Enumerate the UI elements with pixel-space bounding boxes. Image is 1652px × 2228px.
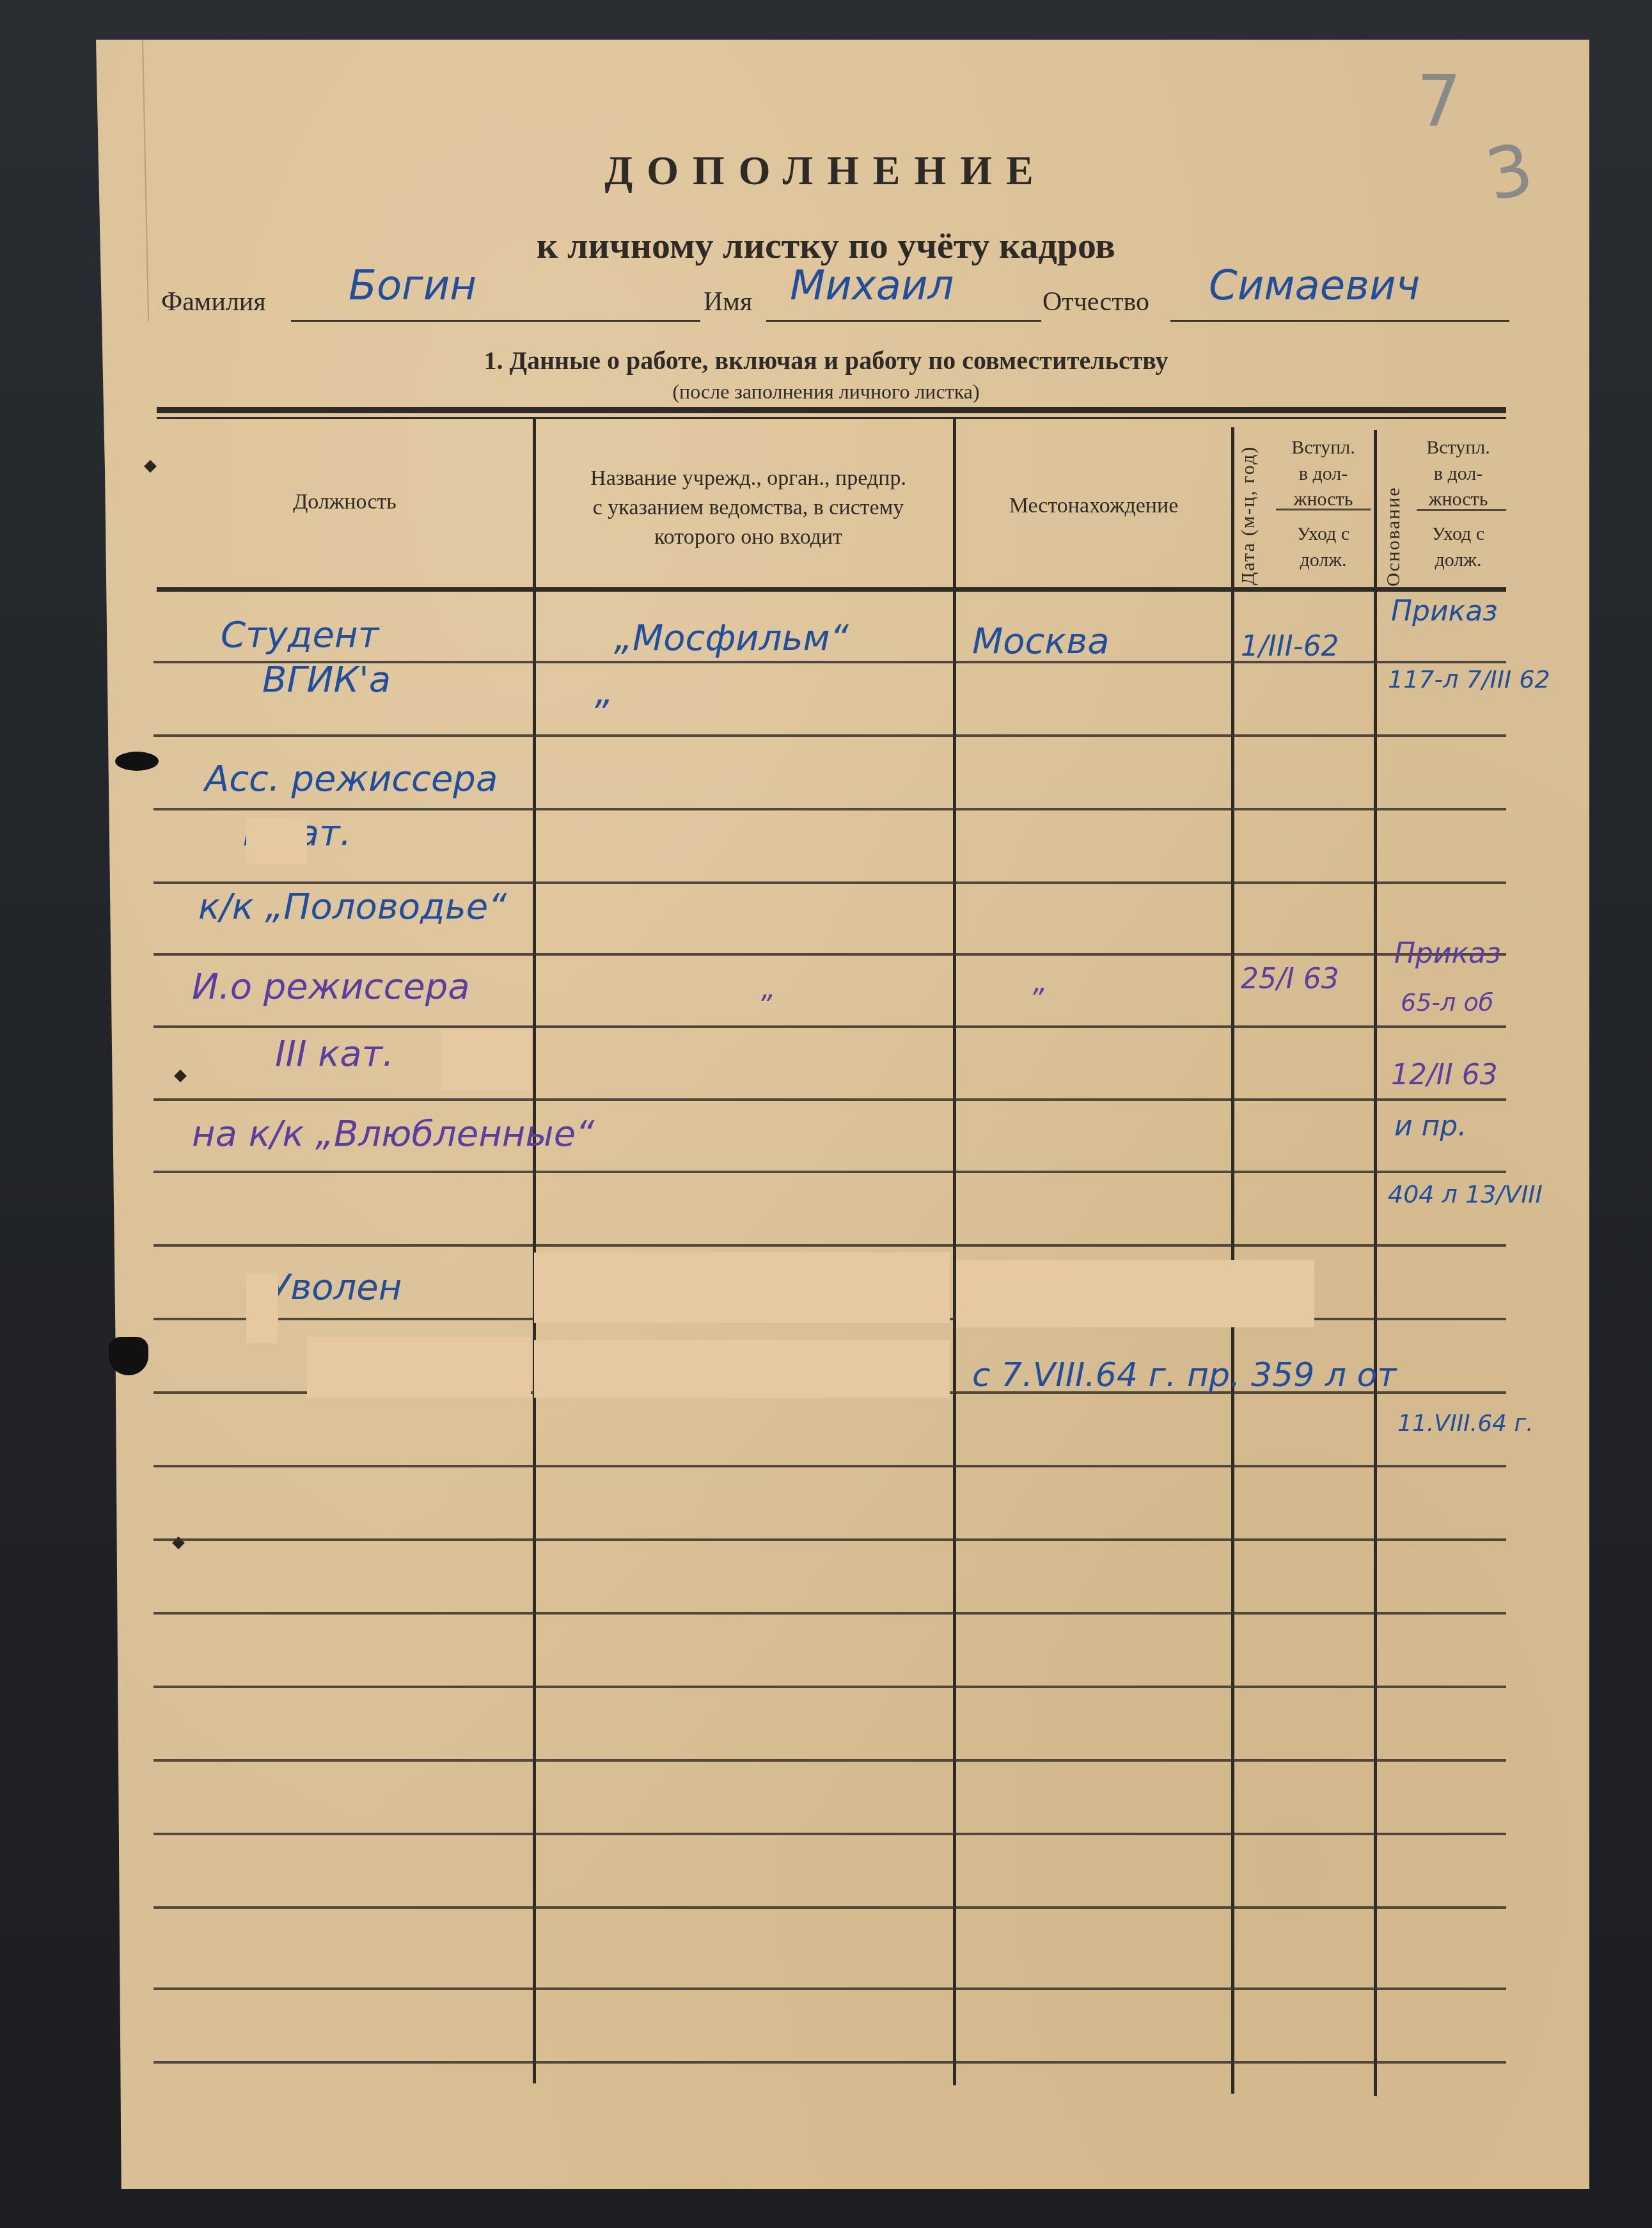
entry-1-location: Москва	[972, 620, 1110, 662]
row-rule	[153, 1686, 1506, 1688]
entry-1-position-line-2: ВГИК'а	[262, 659, 391, 700]
header-organization-line: Название учрежд., орган., предпр.	[544, 464, 953, 493]
row-rule	[153, 808, 1506, 810]
row-rule	[153, 1833, 1506, 1835]
header-date-group: Дата (м-ц, год)	[1238, 432, 1259, 585]
entry-1-basis-line-1: Приказ	[1391, 595, 1498, 628]
entry-3-position-line-2: III кат.	[275, 1033, 394, 1075]
header-basis-end: Уход с долж.	[1410, 521, 1506, 573]
row-rule	[153, 1538, 1506, 1541]
entry-1-organization: „Мосфильм“	[614, 617, 849, 659]
row-rule	[153, 881, 1506, 884]
entry-5-order-note: с 7.VIII.64 г. пр. 359 л от	[972, 1356, 1397, 1394]
header-date-end: Уход с долж.	[1273, 521, 1374, 573]
redaction	[307, 1337, 531, 1398]
header-organization-line: которого оно входит	[544, 523, 953, 552]
header-date-end-line: Уход с	[1273, 521, 1374, 548]
header-basis-end-line: долж.	[1410, 548, 1506, 574]
entry-3-location-ditto: „	[1033, 966, 1048, 999]
entry-3-position-line-1: И.о режиссера	[192, 966, 470, 1007]
header-basis-start-line: Вступл.	[1410, 435, 1506, 461]
row-rule	[153, 953, 1506, 956]
name-value: Михаил	[790, 262, 954, 310]
redaction	[246, 1273, 278, 1343]
table-top-rule-thin	[157, 417, 1506, 419]
row-rule	[153, 1171, 1506, 1173]
table-top-rule	[157, 407, 1506, 413]
row-rule	[153, 1612, 1506, 1615]
entry-1-organization-ditto: „	[595, 672, 613, 713]
row-rule	[153, 1098, 1506, 1101]
section-subtitle: (после заполнения личного листка)	[0, 380, 1652, 404]
column-divider	[953, 419, 956, 2085]
row-rule	[153, 1465, 1506, 1467]
row-rule	[153, 1244, 1506, 1247]
header-date-start: Вступл. в дол- жность	[1273, 435, 1374, 513]
header-basis-start-line: в дол-	[1410, 461, 1506, 487]
entry-2-position-line-1: Асс. режиссера	[205, 758, 498, 800]
entry-3-basis-line-1: Приказ	[1394, 937, 1501, 970]
patronymic-value: Симаевич	[1209, 262, 1420, 310]
header-position: Должность	[157, 487, 533, 517]
punch-hole-bottom	[109, 1337, 148, 1375]
header-basis-end-line: Уход с	[1410, 521, 1506, 548]
entry-3-position-line-3: на к/к „Влюбленные“	[192, 1113, 594, 1155]
row-rule	[153, 1987, 1506, 1990]
surname-value: Богин	[349, 262, 476, 310]
header-organization: Название учрежд., орган., предпр. с указ…	[544, 464, 953, 552]
redaction	[246, 818, 307, 864]
entry-3-basis-line-3: 12/II 63	[1391, 1059, 1498, 1091]
header-date-start-line: в дол-	[1273, 461, 1374, 487]
header-date-end-line: долж.	[1273, 548, 1374, 574]
redaction	[441, 1030, 531, 1091]
header-basis-group: Основание	[1383, 455, 1404, 587]
patronymic-label: Отчество	[1042, 287, 1149, 317]
header-bottom-rule	[157, 587, 1506, 592]
redaction	[534, 1252, 950, 1323]
surname-underline	[291, 320, 700, 322]
header-date-divider	[1276, 509, 1371, 510]
row-rule	[153, 1759, 1506, 1762]
header-date-start-line: Вступл.	[1273, 435, 1374, 461]
column-divider	[1374, 430, 1377, 2096]
header-basis-start: Вступл. в дол- жность	[1410, 435, 1506, 513]
punch-hole-top	[115, 752, 159, 771]
row-rule	[153, 734, 1506, 737]
row-rule	[153, 2061, 1506, 2064]
section-title: 1. Данные о работе, включая и работу по …	[0, 345, 1652, 375]
entry-3-date: 25/I 63	[1241, 963, 1339, 995]
patronymic-underline	[1170, 320, 1509, 322]
redaction	[534, 1340, 950, 1398]
entry-4-basis-line-2: 404 л 13/VIII	[1388, 1180, 1543, 1208]
surname-label: Фамилия	[161, 287, 266, 317]
header-organization-line: с указанием ведомства, в систему	[544, 493, 953, 523]
header-basis-divider	[1417, 509, 1506, 511]
entry-5-position: Уволен	[269, 1267, 402, 1308]
name-underline	[766, 320, 1041, 322]
entry-1-date: 1/III-62	[1241, 630, 1339, 663]
header-location: Местонахождение	[956, 491, 1231, 521]
row-rule	[153, 1025, 1506, 1028]
entry-1-position-line-1: Студент	[221, 614, 379, 656]
entry-1-basis-line-2: 117-л 7/III 62	[1388, 665, 1550, 693]
name-label: Имя	[704, 287, 752, 317]
entry-3-basis-line-2: 65-л об	[1401, 988, 1493, 1016]
entry-3-organization-ditto: „	[761, 972, 776, 1005]
document-subtitle: к личному листку по учёту кадров	[0, 224, 1652, 267]
entry-2-position-line-3: к/к „Половодье“	[198, 886, 507, 928]
row-rule	[153, 1906, 1506, 1909]
document-title: ДОПОЛНЕНИЕ	[0, 147, 1652, 194]
archive-number-7: 7	[1417, 61, 1461, 143]
entry-4-basis-line-1: и пр.	[1394, 1110, 1467, 1142]
entry-5-order-date: 11.VIII.64 г.	[1397, 1410, 1534, 1437]
redaction	[956, 1260, 1314, 1327]
